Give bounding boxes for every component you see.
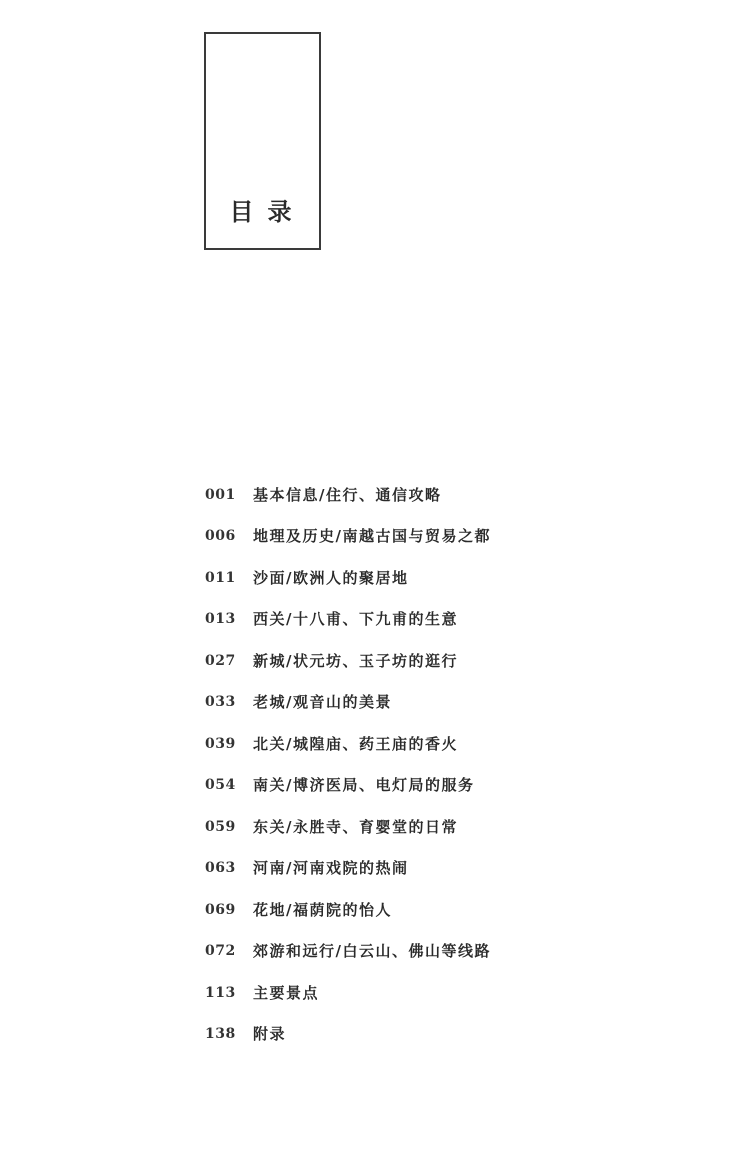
title-frame: 目录 <box>204 32 321 250</box>
toc-entry[interactable]: 063 河南/河南戏院的热闹 <box>205 848 491 890</box>
toc-page-number: 039 <box>205 733 253 755</box>
toc-page-number: 138 <box>205 1023 253 1045</box>
toc-entry[interactable]: 059 东关/永胜寺、育婴堂的日常 <box>205 806 491 848</box>
toc-entry-title: 附录 <box>253 1023 286 1045</box>
toc-entry[interactable]: 138 附录 <box>205 1014 491 1056</box>
toc-entry[interactable]: 072 郊游和远行/白云山、佛山等线路 <box>205 931 491 973</box>
toc-entry-title: 地理及历史/南越古国与贸易之都 <box>253 525 491 547</box>
toc-entry[interactable]: 006 地理及历史/南越古国与贸易之都 <box>205 516 491 558</box>
toc-entry[interactable]: 011 沙面/欧洲人的聚居地 <box>205 557 491 599</box>
toc-page-number: 054 <box>205 774 253 796</box>
page-title: 目录 <box>206 198 319 226</box>
toc-entry[interactable]: 033 老城/观音山的美景 <box>205 682 491 724</box>
toc-entry[interactable]: 069 花地/福荫院的怡人 <box>205 889 491 931</box>
toc-entry-title: 主要景点 <box>253 982 319 1004</box>
toc-page-number: 013 <box>205 608 253 630</box>
toc-entry-title: 西关/十八甫、下九甫的生意 <box>253 608 458 630</box>
toc-entry-title: 北关/城隍庙、药王庙的香火 <box>253 733 458 755</box>
toc-entry-title: 沙面/欧洲人的聚居地 <box>253 567 408 589</box>
toc-page-number: 001 <box>205 484 253 506</box>
toc-entry[interactable]: 113 主要景点 <box>205 972 491 1014</box>
toc-page-number: 011 <box>205 567 253 589</box>
toc-page-number: 069 <box>205 899 253 921</box>
toc-entry-title: 基本信息/住行、通信攻略 <box>253 484 441 506</box>
toc-entry-title: 郊游和远行/白云山、佛山等线路 <box>253 940 491 962</box>
toc-entry-title: 河南/河南戏院的热闹 <box>253 857 408 879</box>
table-of-contents: 001 基本信息/住行、通信攻略 006 地理及历史/南越古国与贸易之都 011… <box>205 474 491 1055</box>
toc-entry-title: 南关/博济医局、电灯局的服务 <box>253 774 474 796</box>
toc-entry-title: 东关/永胜寺、育婴堂的日常 <box>253 816 458 838</box>
toc-entry[interactable]: 054 南关/博济医局、电灯局的服务 <box>205 765 491 807</box>
toc-page-number: 006 <box>205 525 253 547</box>
toc-page-number: 033 <box>205 691 253 713</box>
toc-entry-title: 老城/观音山的美景 <box>253 691 392 713</box>
toc-entry[interactable]: 027 新城/状元坊、玉子坊的逛行 <box>205 640 491 682</box>
toc-entry[interactable]: 013 西关/十八甫、下九甫的生意 <box>205 599 491 641</box>
toc-page-number: 027 <box>205 650 253 672</box>
toc-entry-title: 新城/状元坊、玉子坊的逛行 <box>253 650 458 672</box>
toc-page-number: 113 <box>205 982 253 1004</box>
toc-entry[interactable]: 001 基本信息/住行、通信攻略 <box>205 474 491 516</box>
toc-page-number: 059 <box>205 816 253 838</box>
toc-entry[interactable]: 039 北关/城隍庙、药王庙的香火 <box>205 723 491 765</box>
toc-page-number: 072 <box>205 940 253 962</box>
toc-page-number: 063 <box>205 857 253 879</box>
toc-entry-title: 花地/福荫院的怡人 <box>253 899 392 921</box>
